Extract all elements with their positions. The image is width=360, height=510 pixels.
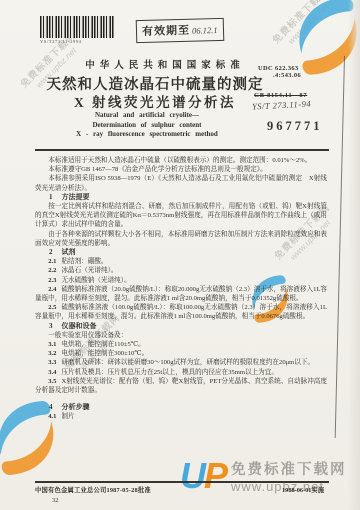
intro-paragraph: 本标准参照采用ISO 5938—1979（E）《天然和人造冰晶石及工业用氟化铝中… bbox=[35, 174, 327, 192]
list-item: 2.3无水硫酸钠（光谱纯）。 bbox=[35, 276, 327, 285]
footer-divider bbox=[35, 481, 329, 483]
list-item: 4.1制片 bbox=[35, 412, 327, 421]
udc-number: UDC 622.363 .4:543.06 bbox=[258, 65, 301, 79]
list-item: 2.4硫酸钠标准溶液（20.0g硫酸钠/L）：称取20.000g无水硫酸钠（2.… bbox=[35, 285, 327, 303]
list-item: 3.5X射线荧光光谱仪：配有铬（钼、钨）靶X射线管，PET分光晶体、真空系统、自… bbox=[35, 377, 327, 395]
title-english-line2: Determination of sulphur content bbox=[0, 121, 294, 131]
validity-stamp-label: 有效期至 bbox=[142, 25, 190, 38]
section-4-heading: 4分析步骤 bbox=[35, 403, 327, 412]
list-item: 3.1电烘箱，能控制在110±5℃。 bbox=[35, 340, 327, 349]
intro-paragraph: 本标准适用于天然和人造冰晶石中硫量（以硫酸根表示）的测定。测定范围：0.01%～… bbox=[35, 156, 327, 165]
document-body: 本标准适用于天然和人造冰晶石中硫量（以硫酸根表示）的测定。测定范围：0.01%～… bbox=[35, 156, 327, 422]
section-3-heading: 3仪器和设备 bbox=[35, 322, 327, 331]
list-item: 2.2冰晶石（光谱纯）。 bbox=[35, 266, 327, 275]
upbz-brand: UP bbox=[180, 458, 226, 494]
scan-edge-shade bbox=[348, 0, 360, 510]
list-item: 2.5硫酸钠标准溶液（100.0g硫酸钠/L）：称取100.00g无水硫酸钠（2… bbox=[35, 303, 327, 321]
list-item: 3.4压片机及模具：压片机总压力在25t以上，模具的内径应在35mm以上为宜。 bbox=[35, 368, 327, 377]
header-divider bbox=[35, 149, 329, 151]
section-3-lead: 一般实验室用仪器设备及： bbox=[35, 331, 327, 340]
approval-note: 中国有色金属工业总公司1987-05-28批准 bbox=[35, 485, 151, 494]
section-1-paragraph: 按一定比例将试样和粘结剂混合、研磨，然后加压制成样片，用配有铬（或钼、钨）靶X射… bbox=[35, 202, 327, 230]
watermark-text: 免费标准下载网 www.upbz.net bbox=[271, 0, 338, 54]
list-item: 3.2电烘箱，能控制在300±10℃。 bbox=[35, 349, 327, 358]
intro-paragraph: 本标准遵守GB 1467—78《冶金产品化学分析方法标准的总则及一般规定》。 bbox=[35, 165, 327, 174]
section-1-paragraph: 由于各种来源的试样颗粒大小各不相同，本标准用研磨方法和加压制片方法来消除粒度效应… bbox=[35, 230, 327, 248]
barcode bbox=[40, 16, 114, 38]
implementation-date: 1988-06-01实施 bbox=[282, 485, 324, 494]
section-2-heading: 2试剂 bbox=[35, 248, 327, 257]
page-number: 32 bbox=[52, 497, 59, 504]
section-1-heading: 1方法提要 bbox=[35, 193, 327, 202]
scanned-standard-page: 免费标准下载网 www.upbz.net 免费标准下载网 www.upbz.ne… bbox=[0, 0, 360, 510]
register-stamp-number: 967771 bbox=[267, 119, 323, 134]
list-item: 2.1粘结剂：硼酸。 bbox=[35, 257, 327, 266]
title-english-line3: X - ray fluorescence spectrometric metho… bbox=[0, 130, 294, 140]
validity-stamp-date-handwritten: 06.12.1 bbox=[192, 25, 218, 36]
old-standard-number-struck: GB 8154.11—87 bbox=[254, 92, 307, 99]
scan-border-line bbox=[335, 56, 345, 438]
barcode-label: YS/T273.11-1994 bbox=[40, 39, 81, 44]
title-english-line1: Natural and artificial cryolite— bbox=[0, 111, 294, 121]
validity-stamp-box: 有效期至06.12.1 bbox=[136, 18, 224, 43]
list-item: 3.3研磨机及研钵：研钵以能研磨30～100g试样为宜，研磨试样的极限粒度约在2… bbox=[35, 358, 327, 367]
title-english: Natural and artificial cryolite— Determi… bbox=[0, 111, 294, 140]
